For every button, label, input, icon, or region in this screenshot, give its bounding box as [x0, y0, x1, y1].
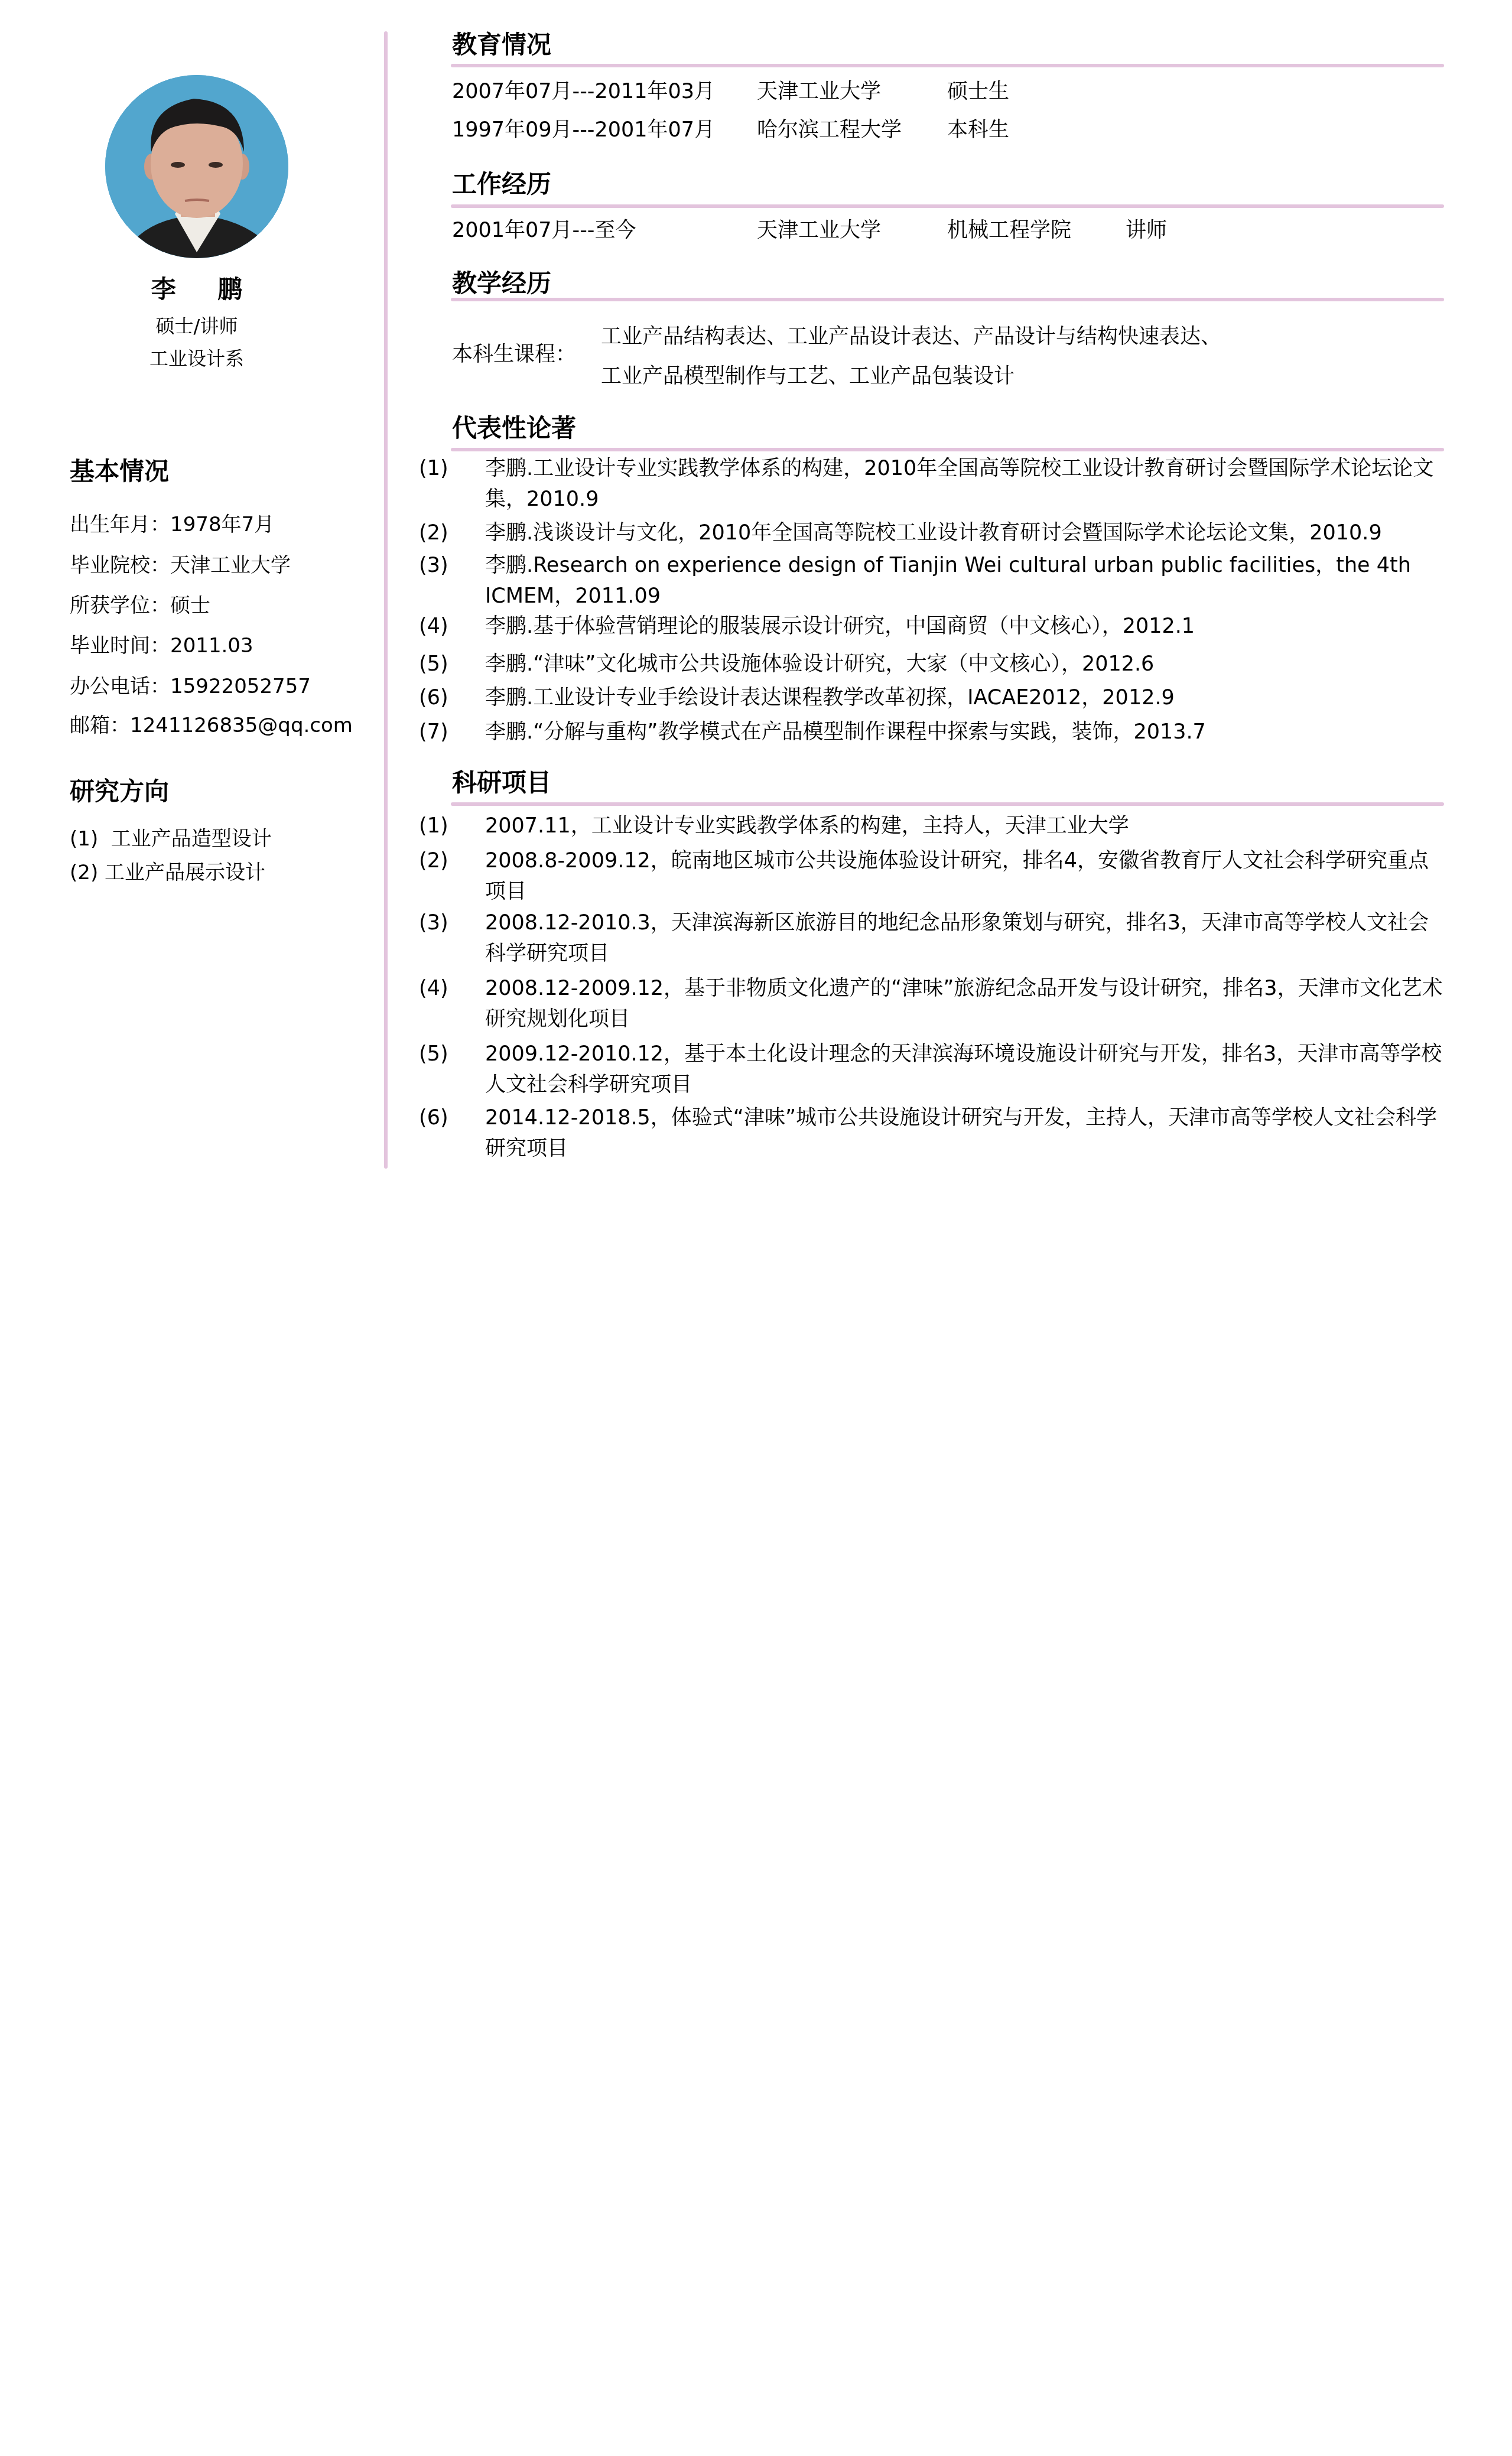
item-number: (2) — [452, 518, 485, 548]
paper-item: (2)李鹏.浅谈设计与文化，2010年全国高等院校工业设计教育研讨会暨国际学术论… — [452, 518, 1445, 548]
teaching-course-line: 工业产品模型制作与工艺、工业产品包装设计 — [601, 363, 1014, 390]
project-item: (1)2007.11，工业设计专业实践教学体系的构建，主持人，天津工业大学 — [452, 811, 1445, 841]
item-number: (6) — [452, 1102, 485, 1133]
label: 毕业院校： — [70, 554, 170, 577]
item-number: (5) — [452, 649, 485, 679]
basic-info-row-graduation: 毕业时间：2011.03 — [70, 633, 253, 659]
item-text: 2014.12-2018.5，体验式“津味”城市公共设施设计研究与开发，主持人，… — [485, 1106, 1437, 1160]
profile-name: 李 鹏 — [105, 273, 288, 306]
profile-department: 工业设计系 — [105, 346, 288, 372]
teaching-label: 本科生课程： — [452, 341, 576, 368]
teaching-course-line: 工业产品结构表达、工业产品设计表达、产品设计与结构快速表达、 — [601, 323, 1221, 350]
basic-info-row-degree: 所获学位：硕士 — [70, 593, 210, 619]
item-number: (2) — [452, 845, 485, 876]
basic-info-row-school: 毕业院校：天津工业大学 — [70, 552, 291, 578]
item-text: 李鹏.工业设计专业手绘设计表达课程教学改革初探，IACAE2012，2012.9 — [485, 686, 1175, 710]
basic-info-row-birth: 出生年月：1978年7月 — [70, 512, 274, 538]
papers-heading: 代表性论著 — [452, 412, 576, 445]
work-dept: 机械工程学院 — [947, 217, 1071, 244]
heading-underline — [451, 204, 1444, 208]
project-item: (2)2008.8-2009.12，皖南地区城市公共设施体验设计研究，排名4，安… — [452, 845, 1445, 907]
work-period: 2001年07月---至今 — [452, 217, 636, 244]
item-text: 2007.11，工业设计专业实践教学体系的构建，主持人，天津工业大学 — [485, 814, 1129, 838]
label: 所获学位： — [70, 594, 170, 617]
label: 邮箱： — [70, 714, 130, 737]
item-text: 2009.12-2010.12，基于本土化设计理念的天津滨海环境设施设计研究与开… — [485, 1042, 1442, 1097]
item-text: 李鹏.“分解与重构”教学模式在产品模型制作课程中探索与实践，装饰，2013.7 — [485, 720, 1206, 744]
paper-item: (3)李鹏.Research on experience design of T… — [452, 550, 1445, 611]
paper-item: (6)李鹏.工业设计专业手绘设计表达课程教学改革初探，IACAE2012，201… — [452, 682, 1445, 713]
research-direction-item: (1) 工业产品造型设计 — [70, 826, 272, 852]
item-text: 李鹏.Research on experience design of Tian… — [485, 554, 1411, 608]
projects-heading: 科研项目 — [452, 766, 551, 799]
label: 出生年月： — [70, 513, 170, 536]
work-role: 讲师 — [1126, 217, 1167, 244]
value: 天津工业大学 — [170, 554, 291, 577]
avatar — [105, 75, 288, 258]
item-number: (4) — [452, 973, 485, 1004]
paper-item: (1)李鹏.工业设计专业实践教学体系的构建，2010年全国高等院校工业设计教育研… — [452, 453, 1445, 515]
label: 毕业时间： — [70, 634, 170, 658]
item-text: 李鹏.基于体验营销理论的服装展示设计研究，中国商贸（中文核心），2012.1 — [485, 614, 1195, 638]
value: 1978年7月 — [170, 513, 274, 536]
item-text: 2008.8-2009.12，皖南地区城市公共设施体验设计研究，排名4，安徽省教… — [485, 849, 1429, 903]
research-directions-heading: 研究方向 — [70, 775, 169, 808]
basic-info-heading: 基本情况 — [70, 455, 169, 488]
education-school: 哈尔滨工程大学 — [757, 116, 902, 144]
value: 硕士 — [170, 594, 210, 617]
education-period: 2007年07月---2011年03月 — [452, 78, 715, 105]
paper-item: (5)李鹏.“津味”文化城市公共设施体验设计研究，大家（中文核心），2012.6 — [452, 649, 1445, 679]
item-number: (1) — [452, 453, 485, 484]
paper-item: (4)李鹏.基于体验营销理论的服装展示设计研究，中国商贸（中文核心），2012.… — [452, 611, 1445, 642]
item-number: (3) — [452, 907, 485, 938]
value: 2011.03 — [170, 634, 253, 658]
item-number: (1) — [452, 811, 485, 841]
project-item: (4)2008.12-2009.12，基于非物质文化遗产的“津味”旅游纪念品开发… — [452, 973, 1445, 1035]
email-link[interactable]: 1241126835@qq.com — [130, 714, 353, 737]
paper-item: (7)李鹏.“分解与重构”教学模式在产品模型制作课程中探索与实践，装饰，2013… — [452, 717, 1445, 747]
heading-underline — [451, 298, 1444, 301]
item-number: (4) — [452, 611, 485, 642]
value: 15922052757 — [170, 675, 311, 698]
portrait-photo — [105, 75, 288, 258]
label: 办公电话： — [70, 675, 170, 698]
research-direction-item: (2) 工业产品展示设计 — [70, 860, 265, 886]
education-school: 天津工业大学 — [757, 78, 881, 105]
item-text: 2008.12-2010.3，天津滨海新区旅游目的地纪念品形象策划与研究，排名3… — [485, 911, 1429, 965]
teaching-heading: 教学经历 — [452, 267, 551, 300]
column-divider — [384, 31, 388, 1169]
item-number: (6) — [452, 682, 485, 713]
item-text: 李鹏.“津味”文化城市公共设施体验设计研究，大家（中文核心），2012.6 — [485, 652, 1154, 676]
project-item: (6)2014.12-2018.5，体验式“津味”城市公共设施设计研究与开发，主… — [452, 1102, 1445, 1164]
education-period: 1997年09月---2001年07月 — [452, 116, 715, 144]
item-text: 2008.12-2009.12，基于非物质文化遗产的“津味”旅游纪念品开发与设计… — [485, 977, 1443, 1031]
basic-info-row-phone: 办公电话：15922052757 — [70, 674, 311, 700]
work-heading: 工作经历 — [452, 168, 551, 201]
education-heading: 教育情况 — [452, 28, 551, 61]
heading-underline — [451, 64, 1444, 67]
profile-title: 硕士/讲师 — [105, 313, 288, 339]
item-number: (7) — [452, 717, 485, 747]
project-item: (3)2008.12-2010.3，天津滨海新区旅游目的地纪念品形象策划与研究，… — [452, 907, 1445, 969]
item-number: (3) — [452, 550, 485, 581]
education-degree: 本科生 — [947, 116, 1009, 144]
education-degree: 硕士生 — [947, 78, 1009, 105]
basic-info-row-email: 邮箱：1241126835@qq.com — [70, 713, 353, 739]
project-item: (5)2009.12-2010.12，基于本土化设计理念的天津滨海环境设施设计研… — [452, 1039, 1445, 1100]
heading-underline — [451, 802, 1444, 806]
item-text: 李鹏.工业设计专业实践教学体系的构建，2010年全国高等院校工业设计教育研讨会暨… — [485, 457, 1433, 511]
heading-underline — [451, 448, 1444, 451]
work-org: 天津工业大学 — [757, 217, 881, 244]
item-text: 李鹏.浅谈设计与文化，2010年全国高等院校工业设计教育研讨会暨国际学术论坛论文… — [485, 521, 1382, 545]
item-number: (5) — [452, 1039, 485, 1069]
